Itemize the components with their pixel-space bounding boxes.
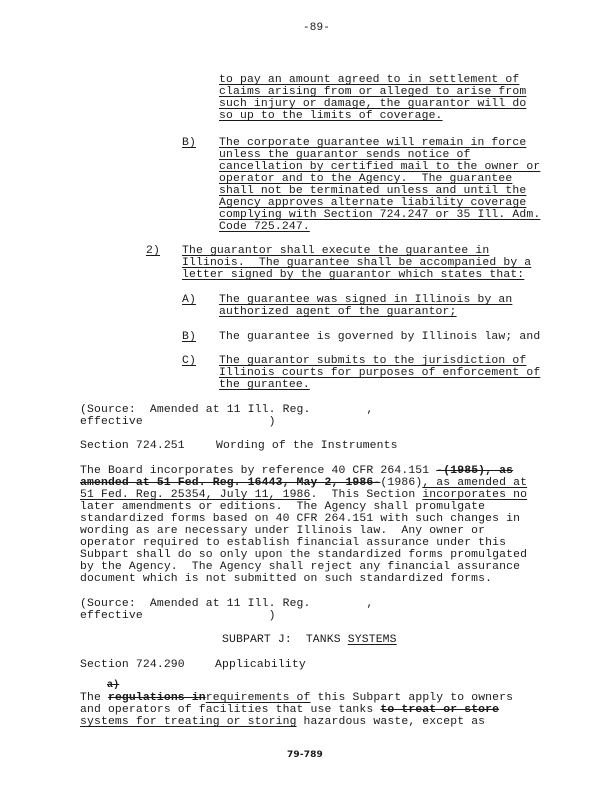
footer-page-number: 79-789 (287, 749, 323, 761)
paragraph-line: amended at 51 Fed. Reg. 16443, May 2, 19… (80, 477, 527, 489)
paragraph-line: complying with Section 724.247 or 35 Ill… (219, 209, 540, 221)
text-run: . This Section (311, 489, 423, 501)
paragraph-line: operator and to the Agency. The guarante… (219, 173, 512, 185)
section-number: Section 724.290 (80, 659, 185, 671)
text-run: SUBPART J: TANKS (222, 634, 348, 646)
paragraph-line: shall not be terminated unless and until… (219, 185, 526, 197)
inserted-text: systems for treating or storing (80, 716, 297, 728)
item-label: B) (182, 137, 196, 149)
inserted-text: requirements of (206, 692, 311, 704)
paragraph-line: authorized agent of the guarantor; (219, 306, 457, 318)
text-run: The (80, 692, 108, 704)
deleted-marker: a) (107, 680, 119, 692)
paragraph-line: The regulations inrequirements of this S… (80, 692, 513, 704)
item-label: B) (182, 331, 196, 343)
page-number: -89- (303, 22, 330, 34)
paragraph-line: Code 725.247. (219, 221, 310, 233)
source-note: (Source: Amended at 11 Ill. Reg. , (80, 598, 373, 610)
paragraph-line: so up to the limits of coverage. (219, 110, 443, 122)
text-run: The Board incorporates by reference 40 C… (80, 465, 436, 477)
paragraph-line: 51 Fed. Reg. 25354, July 11, 1986. This … (80, 489, 527, 501)
inserted-text: SYSTEMS (348, 634, 397, 646)
deleted-text: amended at 51 Fed. Reg. 16443, May 2, 19… (80, 477, 380, 489)
inserted-text: 51 Fed. Reg. 25354, July 11, 1986 (80, 489, 311, 501)
item-label: C) (182, 355, 196, 367)
paragraph-line: Illinois. The guarantee shall be accompa… (182, 257, 531, 269)
paragraph-line: The guarantee is governed by Illinois la… (219, 331, 540, 343)
paragraph-line: unless the guarantor sends notice of (219, 149, 470, 161)
paragraph-line: by the Agency. The Agency shall reject a… (80, 561, 520, 573)
paragraph-line: The guarantee was signed in Illinois by … (219, 294, 512, 306)
paragraph-line: Illinois courts for purposes of enforcem… (219, 367, 540, 379)
section-number: Section 724.251 (80, 440, 185, 452)
text-run: and operators of facilities that use tan… (80, 704, 380, 716)
paragraph-line: The Board incorporates by reference 40 C… (80, 465, 513, 477)
deleted-text: regulations in (108, 692, 206, 704)
text-run: (1986) (380, 477, 422, 489)
paragraph-line: to pay an amount agreed to in settlement… (219, 74, 519, 86)
paragraph-line: operator required to establish financial… (80, 537, 506, 549)
section-title: Applicability (215, 659, 306, 671)
item-label: 2) (146, 245, 160, 257)
paragraph-line: claims arising from or alleged to arise … (219, 86, 526, 98)
paragraph-line: later amendments or editions. The Agency… (80, 501, 485, 513)
paragraph-line: document which is not submitted on such … (80, 573, 492, 585)
paragraph-line: such injury or damage, the guarantor wil… (219, 98, 526, 110)
source-note: (Source: Amended at 11 Ill. Reg. , (80, 404, 373, 416)
paragraph-line: the gurantee. (219, 379, 310, 391)
paragraph-line: The corporate guarantee will remain in f… (219, 137, 526, 149)
paragraph-line: Subpart shall do so only upon the standa… (80, 549, 527, 561)
paragraph-line: wording as are necessary under Illinois … (80, 525, 485, 537)
source-note: effective ) (80, 416, 276, 428)
deleted-text: -(1985), as (436, 465, 513, 477)
paragraph-line: standardized forms based on 40 CFR 264.1… (80, 513, 520, 525)
text-run: hazardous waste, except as (297, 716, 486, 728)
paragraph-line: letter signed by the guarantor which sta… (182, 269, 524, 281)
paragraph-line: cancellation by certified mail to the ow… (219, 161, 540, 173)
paragraph-line: Agency approves alternate liability cove… (219, 197, 526, 209)
inserted-text: incorporates no (422, 489, 527, 501)
paragraph-line: The guarantor shall execute the guarante… (182, 245, 489, 257)
paragraph-line: and operators of facilities that use tan… (80, 704, 499, 716)
text-run: this Subpart apply to owners (311, 692, 514, 704)
item-label: A) (182, 294, 196, 306)
section-title: Wording of the Instruments (216, 440, 398, 452)
paragraph-line: The guarantor submits to the jurisdictio… (219, 355, 526, 367)
inserted-text: , as amended at (422, 477, 527, 489)
source-note: effective ) (80, 610, 276, 622)
deleted-text: to treat or store (380, 704, 499, 716)
paragraph-line: systems for treating or storing hazardou… (80, 716, 485, 728)
subpart-heading: SUBPART J: TANKS SYSTEMS (222, 634, 397, 646)
